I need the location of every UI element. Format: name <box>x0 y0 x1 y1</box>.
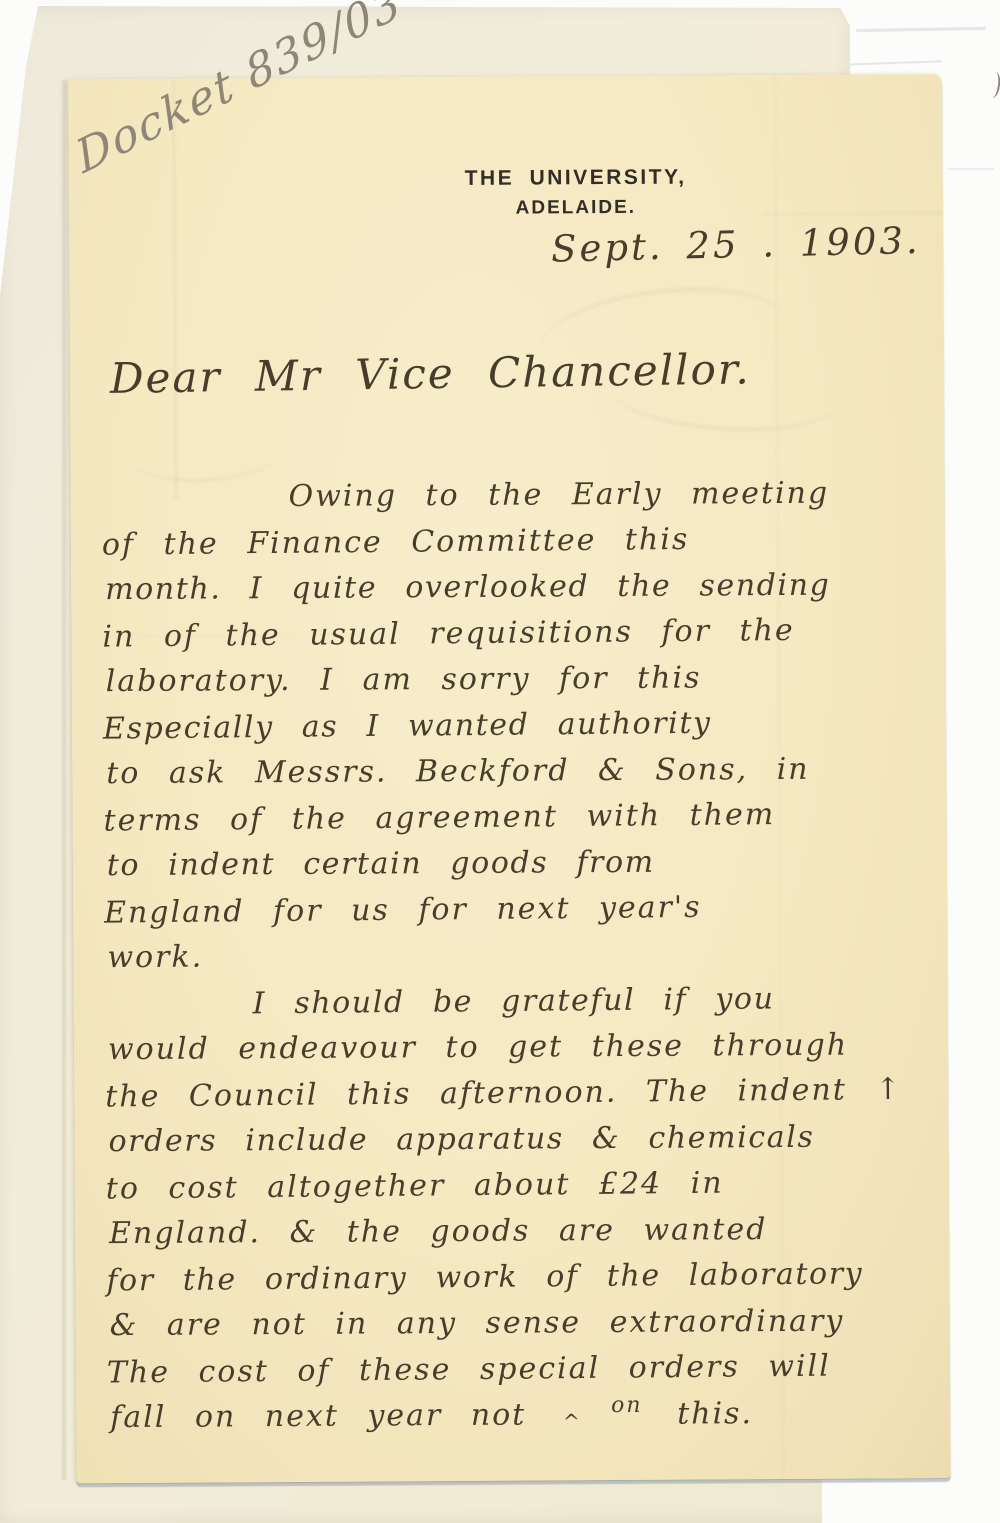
letter-line: to indent certain goods from <box>107 838 927 889</box>
salutation: Dear Mr Vice Chancellor. <box>109 344 750 403</box>
letter-line: Owing to the Early meeting <box>288 470 924 520</box>
scan-streak <box>856 27 986 32</box>
letter-line: the Council this afternoon. The indent ↑ <box>105 1067 925 1121</box>
letter-body: Owing to the Early meeting of the Financ… <box>104 470 930 1444</box>
letterhead-city: ADELAIDE. <box>461 197 691 220</box>
letter-line: in of the usual requisitions for the <box>102 607 922 661</box>
letter-line: England. & the goods are wanted <box>109 1206 929 1257</box>
letter-line: of the Finance Committee this <box>102 515 922 569</box>
letter-line: work. <box>107 930 927 981</box>
margin-pen-mark <box>986 71 1000 98</box>
last-line-after: this. <box>677 1396 753 1431</box>
inserted-word: on <box>611 1383 643 1429</box>
letterhead-university: THE UNIVERSITY, <box>461 166 691 191</box>
letter-line: laboratory. I am sorry for this <box>106 654 926 705</box>
letter-line: Especially as I wanted authority <box>103 699 923 753</box>
letter-line: for the ordinary work of the laboratory <box>106 1251 926 1305</box>
letter-line: England for us for next year's <box>104 883 924 937</box>
letter-line: I should be grateful if you <box>252 975 924 1027</box>
last-line-before: fall on next year not <box>110 1398 526 1436</box>
letter-line: terms of the agreement with them <box>103 791 923 845</box>
letter-line: to ask Messrs. Beckford & Sons, in <box>106 746 926 797</box>
letter-line: would endeavour to get these through <box>108 1022 928 1073</box>
letter-line: to cost altogether about £24 in <box>106 1159 926 1213</box>
letter-page: Docket 839/03 THE UNIVERSITY, ADELAIDE. … <box>68 74 951 1483</box>
date-line: Sept. 25 . 1903. <box>551 219 922 271</box>
letter-line: month. I quite overlooked the sending <box>105 562 925 613</box>
letter-line: The cost of these special orders will <box>107 1343 927 1397</box>
backing-sheet-edge <box>62 80 66 1480</box>
letterhead: THE UNIVERSITY, ADELAIDE. <box>461 166 691 220</box>
scan-streak <box>948 168 994 170</box>
paper-crease <box>763 212 943 215</box>
letter-line: & are not in any sense extraordinary <box>109 1298 929 1349</box>
letter-line: orders include apparatus & chemicals <box>108 1114 928 1165</box>
insertion-caret: ^ <box>563 1398 582 1444</box>
scan-streak <box>842 60 942 65</box>
letter-line-with-insertion: fall on next year not ^ on this. <box>110 1390 930 1444</box>
